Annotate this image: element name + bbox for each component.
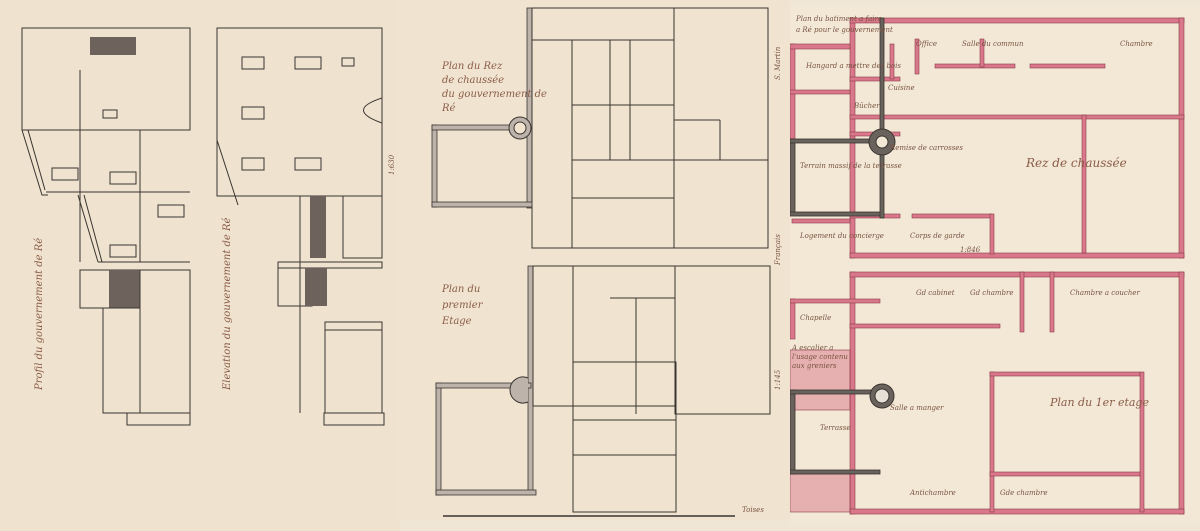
ground-floor-margin-note: 1:846 [960, 246, 980, 254]
first-floor-center-label: Plan du 1er etage [1050, 396, 1149, 409]
room-terrasse: Terrasse [820, 424, 850, 432]
room-logement: Logement du concierge [800, 232, 884, 240]
first-floor-plan [436, 266, 770, 512]
ground-plan-title: Plan du Rez de chaussée du gouvernement … [442, 60, 547, 116]
margin-note-bottom: 1:145 [774, 370, 782, 390]
room-salle-a-manger: Salle a manger [890, 404, 944, 412]
room-bucher: Bûcher [854, 102, 880, 110]
ground-floor-plan [432, 8, 768, 248]
proposed-ground-floor [790, 18, 1184, 258]
room-chapelle: Chapelle [800, 314, 831, 322]
room-corps-de-garde: Corps de garde [910, 232, 965, 240]
room-cuisine: Cuisine [888, 84, 915, 92]
ground-floor-center-label: Rez de chaussée [1026, 156, 1127, 170]
margin-note-top: S. Martin [774, 47, 782, 80]
room-antichambre: Antichambre [910, 489, 956, 497]
right-sheet-header: Plan du batiment a faire a Ré pour le go… [796, 14, 893, 36]
room-chambre-a-coucher: Chambre a coucher [1070, 289, 1140, 297]
room-hangard: Hangard a mettre des bois [806, 62, 901, 70]
floor-plans-proposed [790, 4, 1200, 524]
first-floor-title: Plan du premier Etage [442, 282, 482, 330]
room-terrasse-ground: Terrain massif de la terrasse [800, 162, 902, 170]
room-gd-cabinet: Gd cabinet [916, 289, 955, 297]
margin-note-middle: Français [774, 234, 782, 265]
scale-unit-label: Toises [742, 506, 764, 514]
side-note: A escalier a l'usage contenu aux grenier… [792, 344, 848, 371]
sheet-middle: Plan du Rez de chaussée du gouvernement … [398, 0, 790, 520]
sheet-right: Plan du batiment a faire a Ré pour le go… [790, 4, 1200, 524]
room-remise: Remise de carrosses [890, 144, 963, 152]
room-gd-chambre: Gd chambre [970, 289, 1014, 297]
vertical-scale-bar [0, 0, 410, 470]
room-salle-commun: Salle du commun [962, 40, 1023, 48]
room-gde-chambre: Gde chambre [1000, 489, 1048, 497]
proposed-first-floor [790, 272, 1184, 514]
room-office: Office [916, 40, 937, 48]
room-chambre: Chambre [1120, 40, 1153, 48]
